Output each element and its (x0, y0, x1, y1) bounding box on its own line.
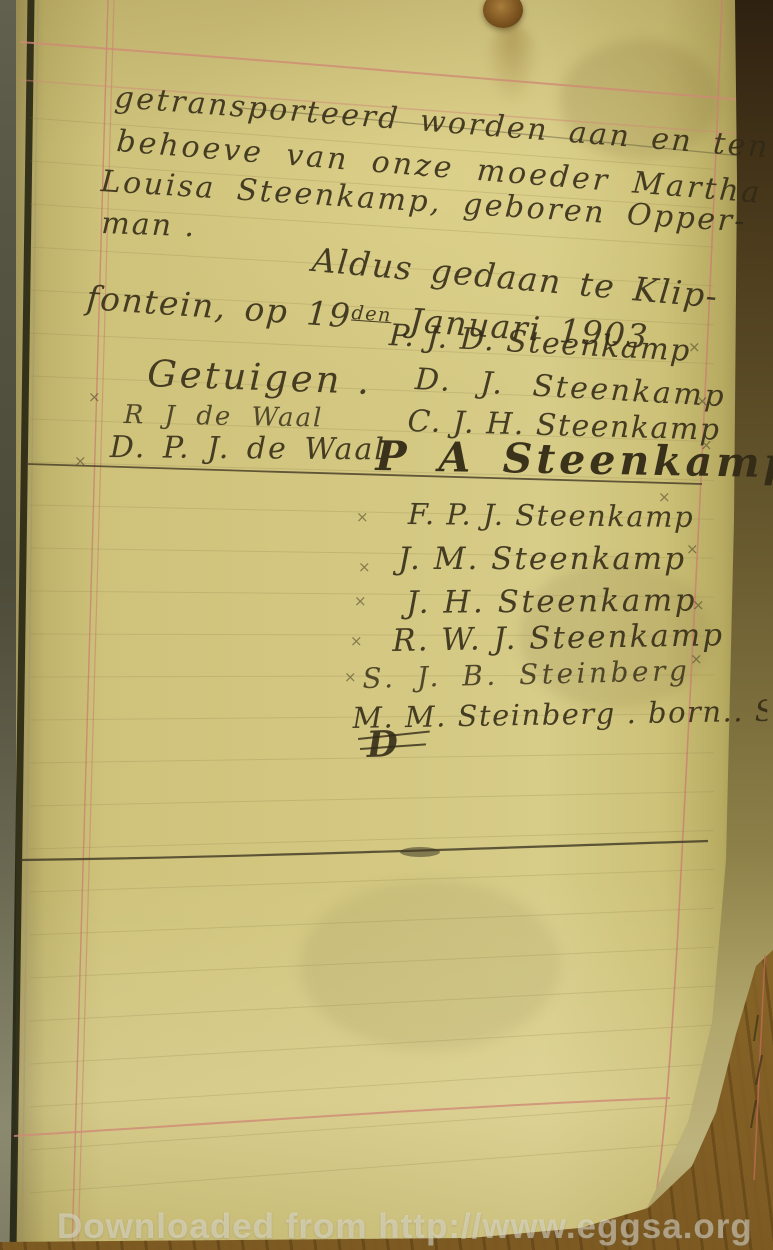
behind-page-writing (751, 1015, 762, 1128)
photograph-of-register-page: getransporteerd worden aan en ten behoev… (0, 0, 773, 1250)
behind-page-marks (0, 0, 773, 1250)
